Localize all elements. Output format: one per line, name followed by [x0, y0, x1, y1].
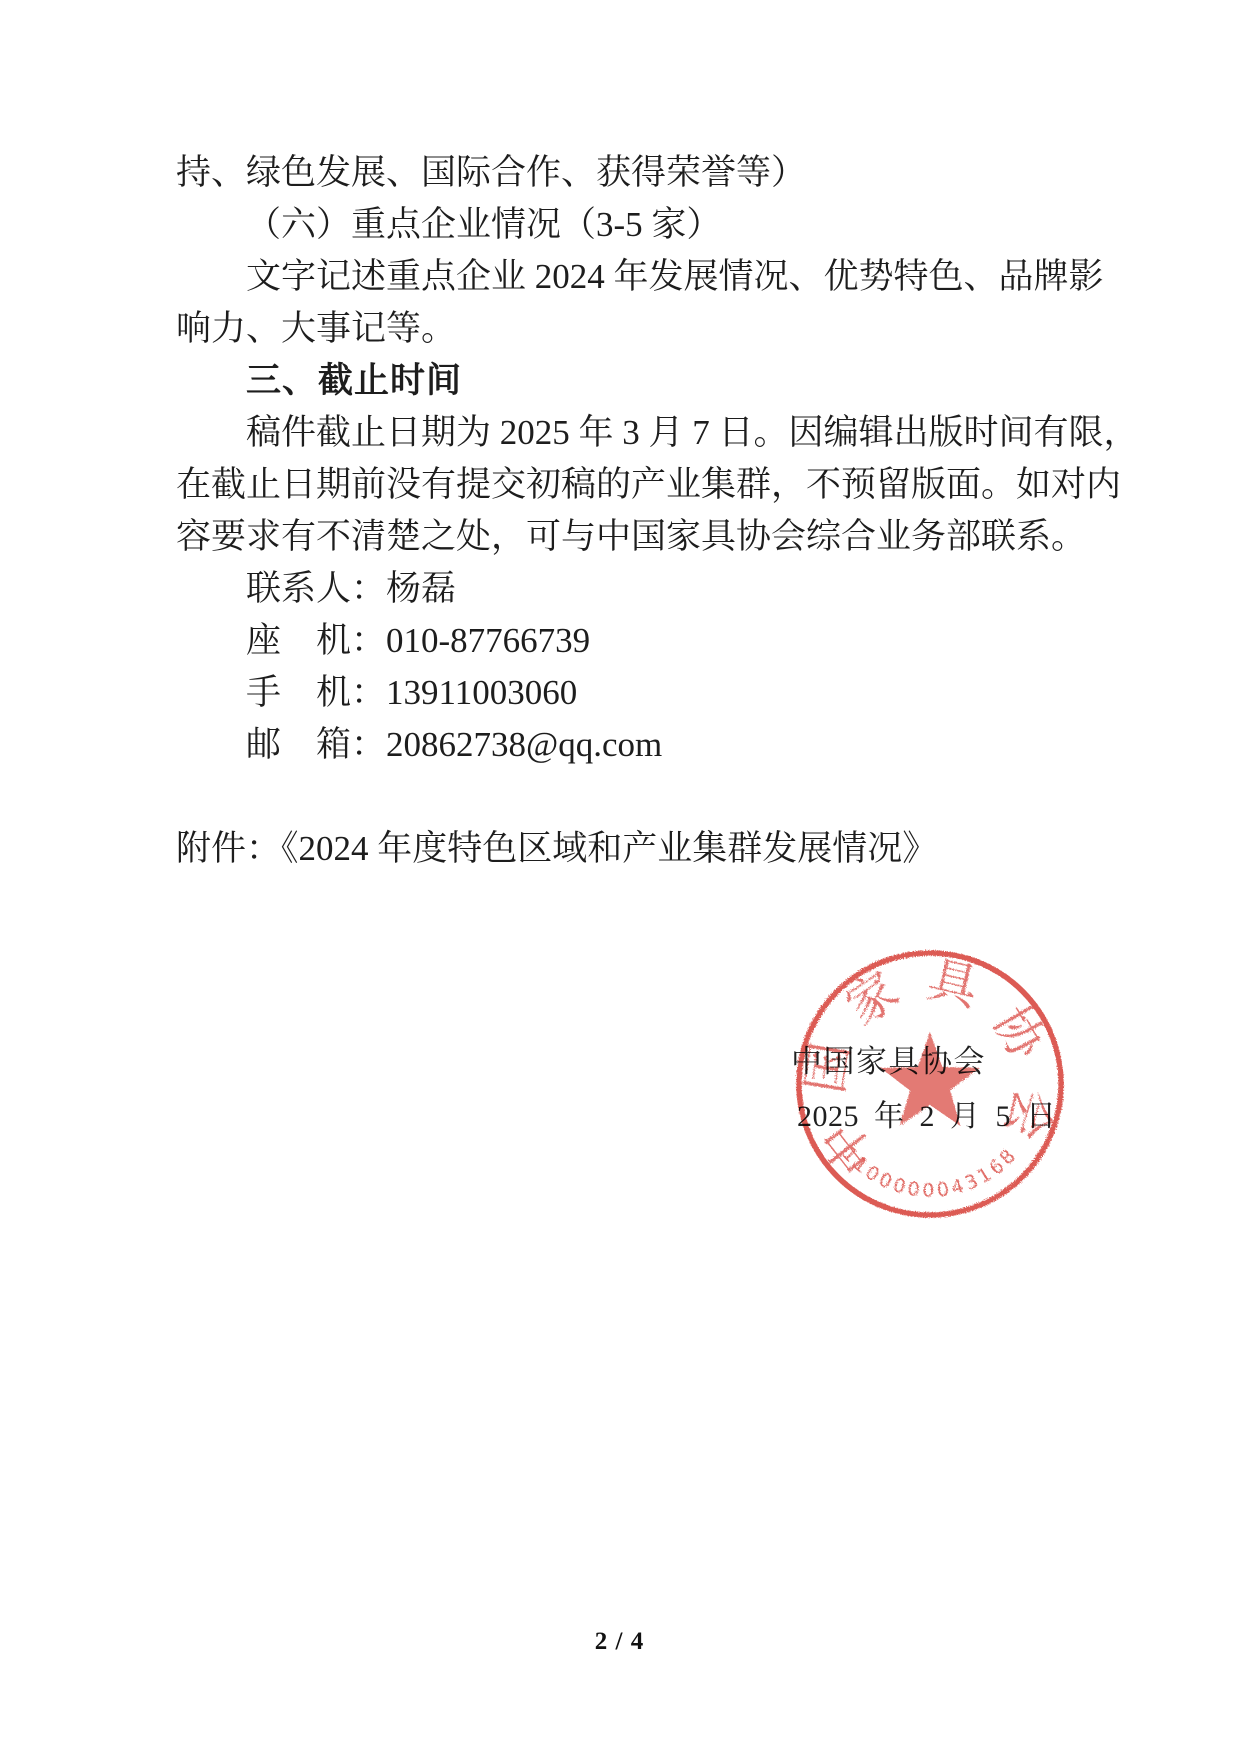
doc-line-honors: 持、绿色发展、国际合作、获得荣誉等）: [176, 147, 1096, 199]
section-heading-deadline: 三、截止时间: [176, 355, 1096, 407]
contact-mobile-line: 手 机：13911003060: [176, 667, 1096, 719]
doc-line-deadline-3: 容要求有不清楚之处，可与中国家具协会综合业务部联系。: [176, 511, 1096, 563]
contact-landline-line: 座 机：010-87766739: [176, 615, 1096, 667]
attachment-line: 附件：《2024 年度特色区域和产业集群发展情况》: [176, 823, 1096, 875]
seal-ring-char-xie: 协: [982, 997, 1056, 1070]
document-page: 持、绿色发展、国际合作、获得荣誉等） （六）重点企业情况（3-5 家） 文字记述…: [0, 0, 1239, 1752]
contact-person-line: 联系人：杨磊: [176, 563, 1096, 615]
official-seal: 中 国 家 具 协 会 1100000043168: [780, 934, 1080, 1234]
page-number: 2 / 4: [0, 1628, 1239, 1656]
doc-line-enterprise-desc-2: 响力、大事记等。: [176, 303, 1096, 355]
blank-line: [176, 771, 1096, 823]
doc-line-section-six: （六）重点企业情况（3-5 家）: [176, 199, 1096, 251]
seal-ring-char-ju: 具: [923, 951, 986, 1017]
doc-line-deadline-1: 稿件截止日期为 2025 年 3 月 7 日。因编辑出版时间有限，: [176, 407, 1096, 459]
seal-org-name: 中国家具协会: [791, 1036, 986, 1081]
contact-email-line: 邮 箱：20862738@qq.com: [176, 719, 1096, 771]
doc-line-deadline-2: 在截止日期前没有提交初稿的产业集群，不预留版面。如对内: [176, 459, 1096, 511]
seal-ring-char-jia: 家: [836, 961, 909, 1035]
seal-date: 2025 年 2 月 5 日: [797, 1091, 1057, 1135]
doc-line-enterprise-desc-1: 文字记述重点企业 2024 年发展情况、优势特色、品牌影: [176, 251, 1096, 303]
document-body: 持、绿色发展、国际合作、获得荣誉等） （六）重点企业情况（3-5 家） 文字记述…: [176, 147, 1096, 875]
